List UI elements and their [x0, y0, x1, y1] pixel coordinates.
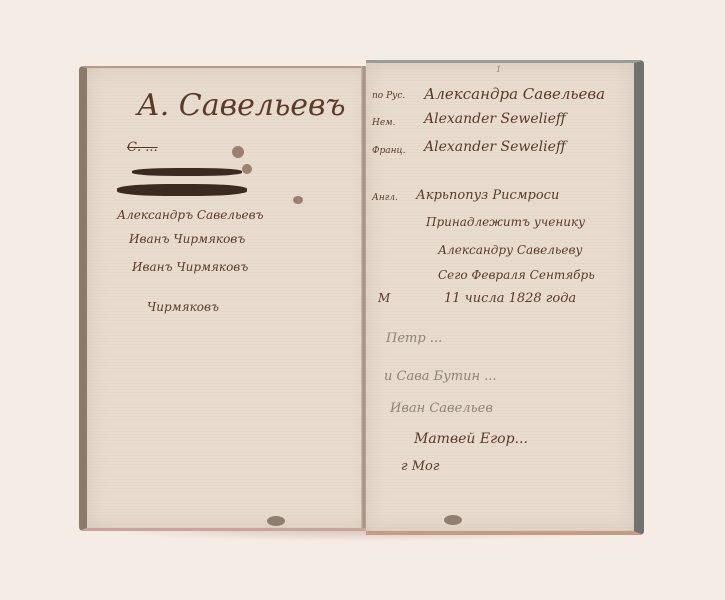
right-page: 1 по Рус. Александра Савельева Нем. Alex… — [366, 60, 644, 535]
signature-line: г Мог — [401, 459, 439, 474]
struck-line: С. ... — [127, 140, 158, 155]
binding-hole — [267, 516, 285, 526]
binding-hole — [444, 515, 462, 525]
heading-signature: А. Савельевъ — [137, 88, 346, 123]
entry-label: по Рус. — [372, 91, 405, 101]
entry-label: Нем. — [372, 118, 396, 128]
entry-text: Акрьпопуз Рисмроси — [416, 188, 559, 203]
entry-label: Англ. — [372, 193, 398, 203]
body-line: Александру Савельеву — [438, 243, 582, 257]
signature-line: Матвей Егор... — [414, 431, 528, 447]
page-mark: 1 — [496, 65, 501, 74]
ink-spot — [242, 164, 252, 174]
pencil-line: Иван Савельев — [390, 401, 493, 416]
body-line: Принадлежитъ ученику — [426, 215, 585, 229]
redaction-blot — [132, 168, 242, 176]
body-line: Сего Февраля Сентябрь — [438, 268, 595, 282]
ink-spot — [293, 196, 303, 204]
entry-text: Alexander Sewelieff — [424, 139, 566, 155]
left-page: А. Савельевъ С. ... Александръ Савельевъ… — [79, 66, 371, 531]
redaction-blot — [117, 184, 247, 196]
signature-line: Александръ Савельевъ — [117, 208, 264, 222]
entry-text: Александра Савельева — [424, 85, 605, 103]
signature-line: Иванъ Чирмяковъ — [129, 232, 245, 246]
entry-label: Франц. — [372, 146, 406, 156]
signature-line: Иванъ Чирмяковъ — [132, 260, 248, 274]
signature-line: Чирмяковъ — [147, 300, 219, 314]
entry-text: Alexander Sewelieff — [424, 111, 566, 127]
pencil-line: Петр ... — [386, 331, 442, 346]
body-line: 11 числа 1828 года — [444, 291, 576, 306]
margin-mark: М — [378, 291, 390, 305]
ink-spot — [232, 146, 244, 158]
open-notebook: А. Савельевъ С. ... Александръ Савельевъ… — [73, 58, 651, 533]
pencil-line: и Сава Бутин ... — [384, 369, 497, 384]
